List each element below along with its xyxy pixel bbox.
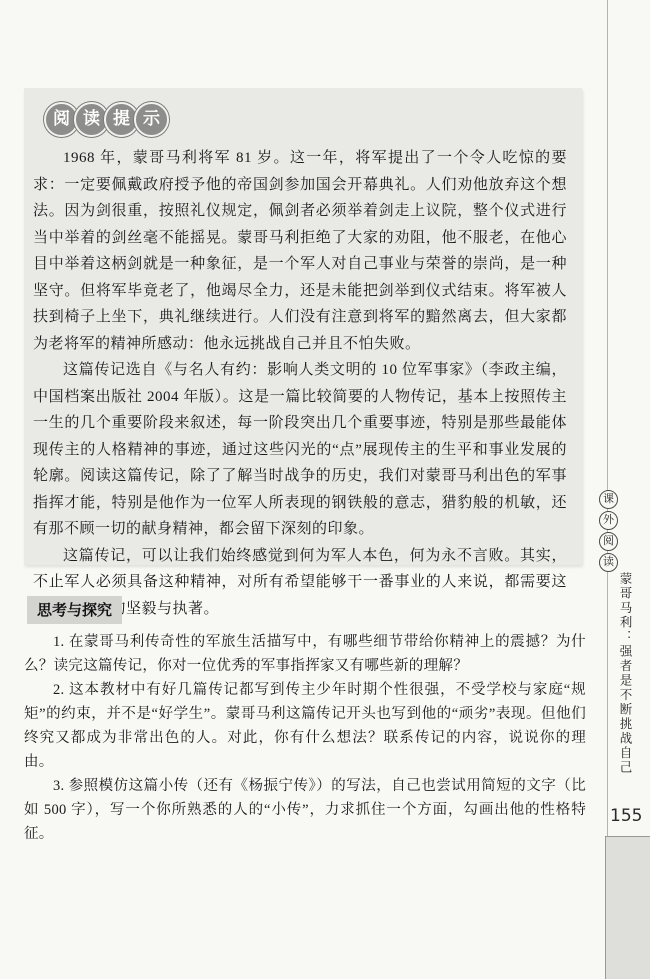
textbook-page: { "page": { "number": "155" }, "reading_… [0,0,650,979]
reading-tips-panel: 阅 读 提 示 1968 年，蒙哥马利将军 81 岁。这一年，将军提出了一个令人… [24,88,582,565]
chapter-title-vertical: 蒙哥马利：强者是不断挑战自己 [616,572,634,792]
sidebar-section-badge: 课 外 阅 读 [599,490,618,574]
reading-tips-paragraph: 这篇传记选自《与名人有约：影响人类文明的 10 位军事家》（李政主编，中国档案出… [33,357,567,543]
reading-tips-badge: 阅 读 提 示 [44,102,582,137]
sidebar-char-icon: 阅 [599,532,618,551]
explore-questions: 1. 在蒙哥马利传奇性的军旅生活描写中，有哪些细节带给你精神上的震撼？为什么？读… [24,630,586,846]
question-item: 1. 在蒙哥马利传奇性的军旅生活描写中，有哪些细节带给你精神上的震撼？为什么？读… [24,630,586,678]
sidebar-char-icon: 读 [599,553,618,572]
reading-tips-text: 1968 年，蒙哥马利将军 81 岁。这一年，将军提出了一个令人吃惊的要求：一定… [24,141,582,622]
page-number: 155 [610,806,642,826]
question-item: 2. 这本教材中有好几篇传记都写到传主少年时期个性很强，不受学校与家庭“规矩”的… [24,678,586,774]
badge-char-icon: 示 [134,102,169,137]
sidebar-rule [607,0,608,836]
page-edge-tab [605,836,650,979]
explore-section-heading: 思考与探究 [27,596,122,624]
sidebar-char-icon: 外 [599,511,618,530]
question-item: 3. 参照模仿这篇小传（还有《杨振宁传》）的写法，自己也尝试用简短的文字（比如 … [24,774,586,846]
reading-tips-paragraph: 1968 年，蒙哥马利将军 81 岁。这一年，将军提出了一个令人吃惊的要求：一定… [33,145,567,357]
sidebar-char-icon: 课 [599,490,618,509]
